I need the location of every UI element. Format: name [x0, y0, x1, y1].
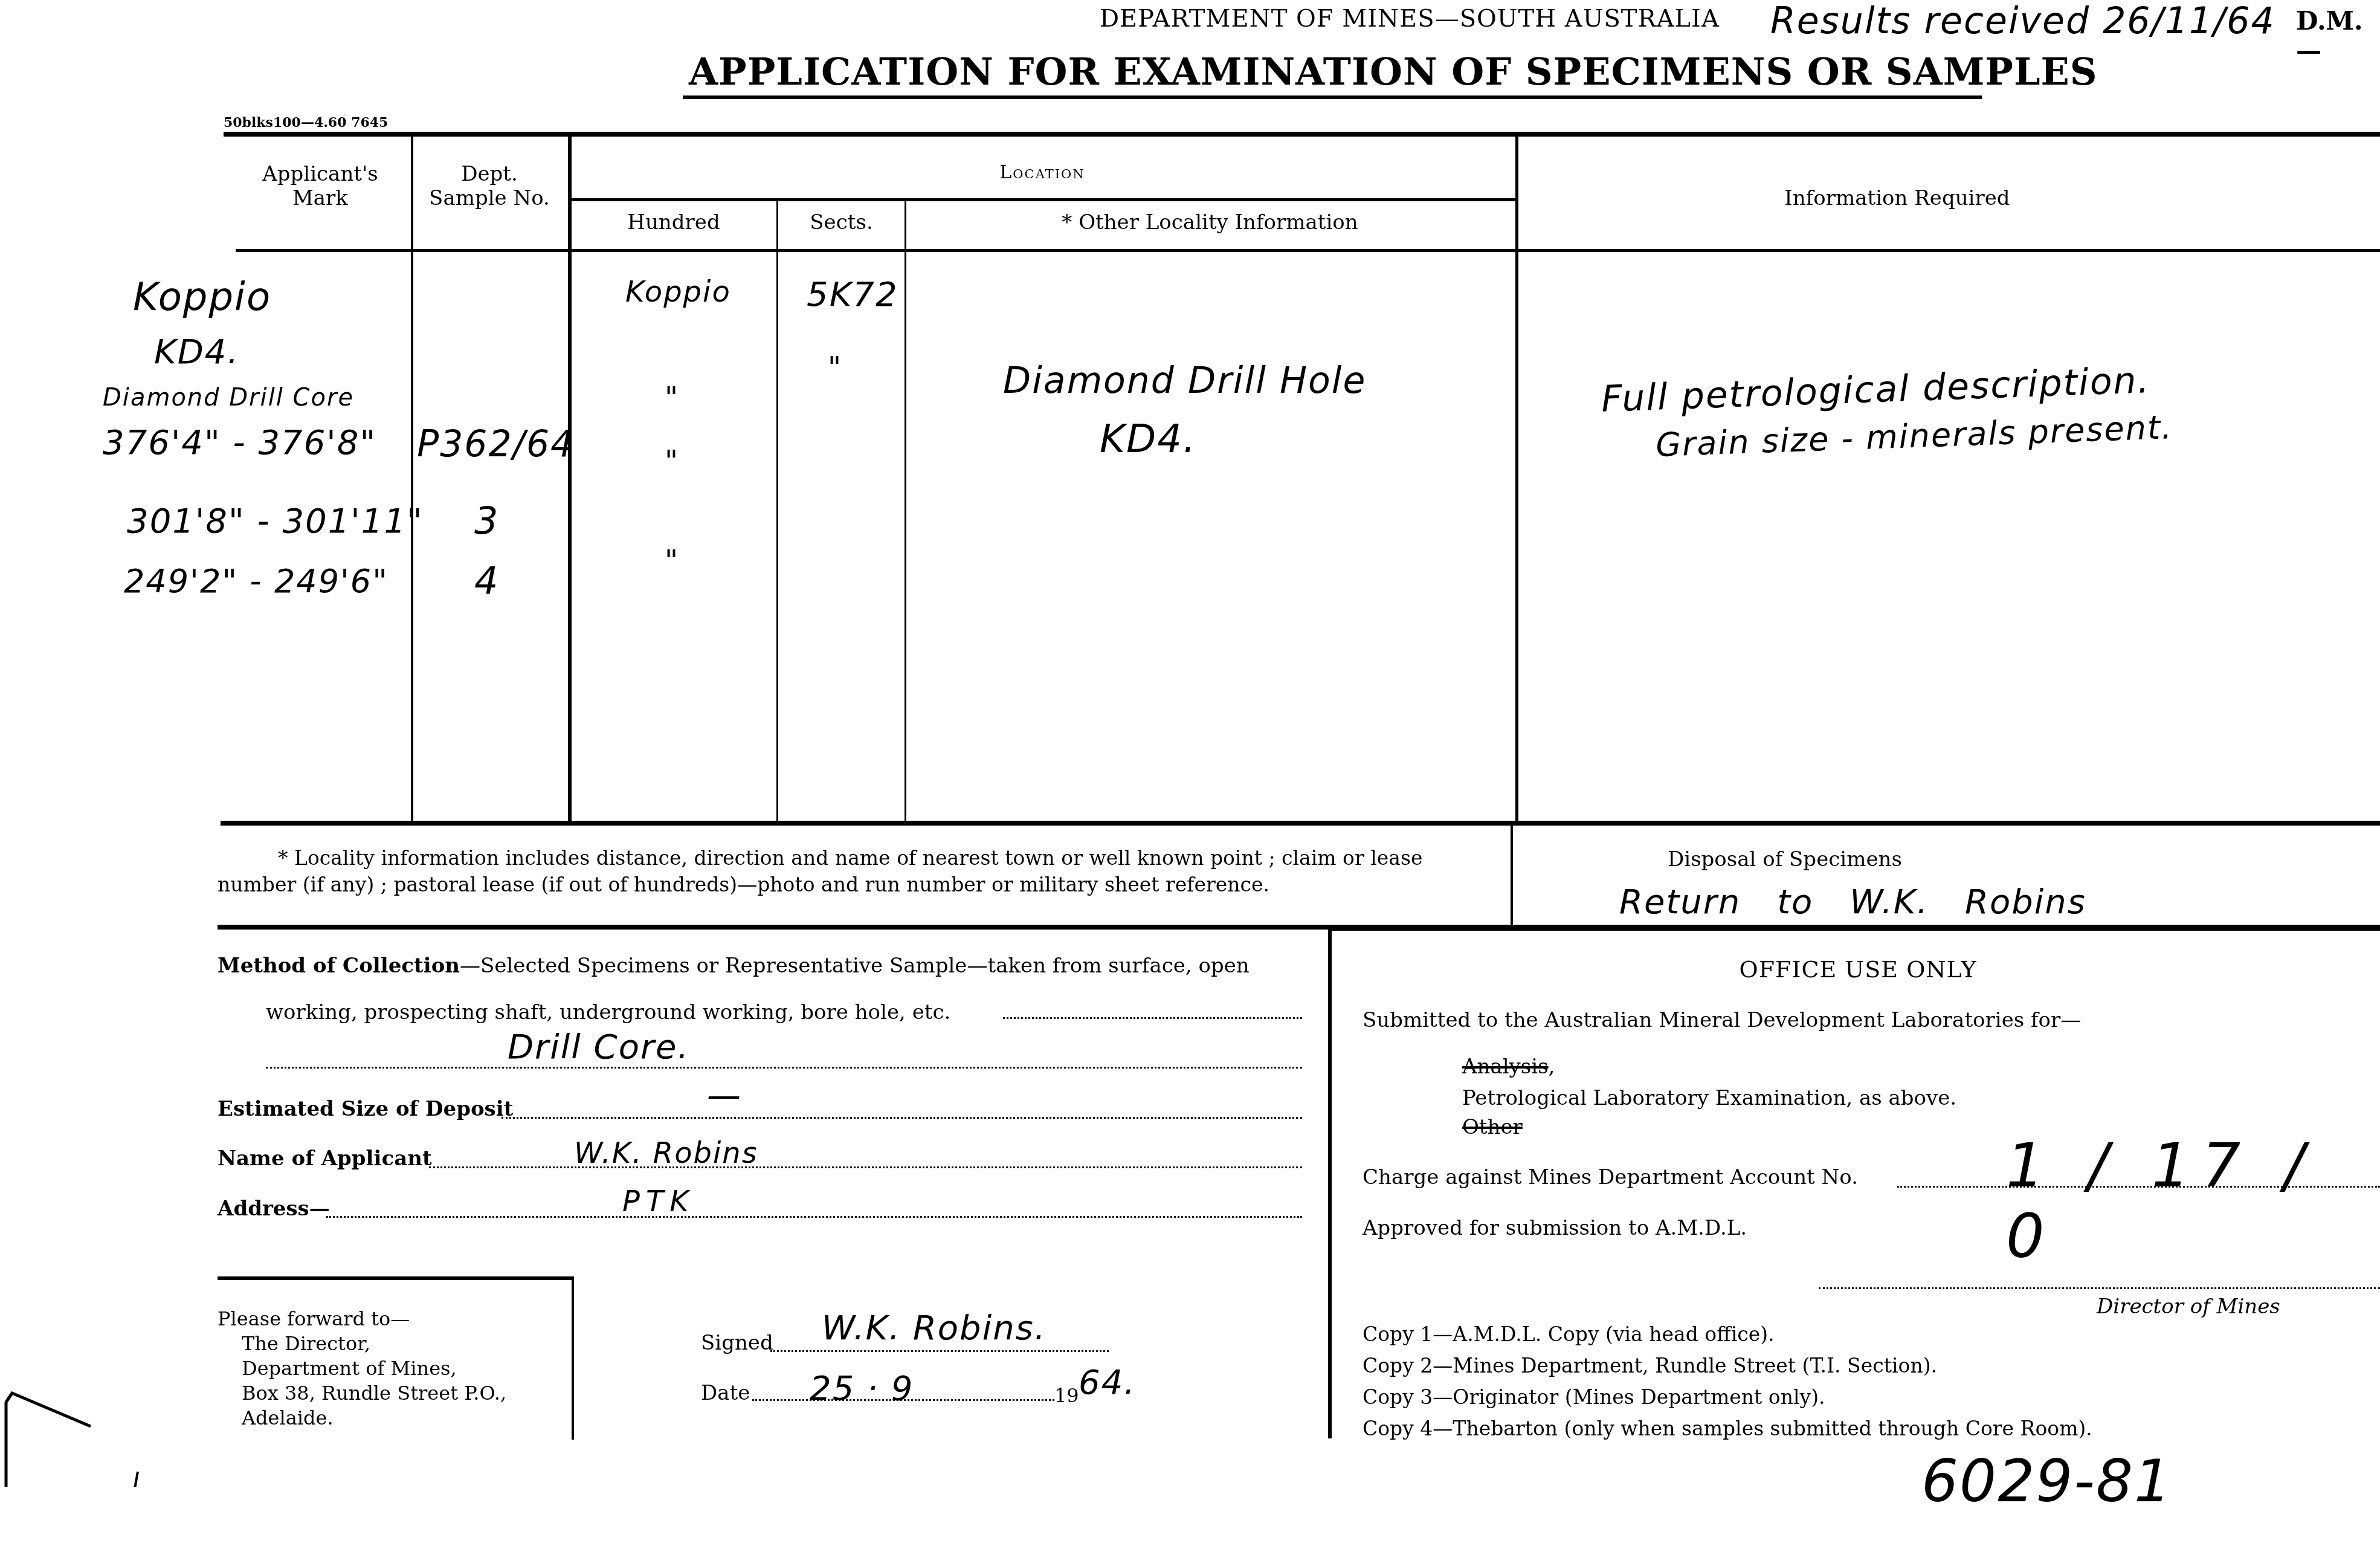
info-required-line: Grain size - minerals present. — [1655, 408, 2173, 464]
forward-line: Adelaide. — [218, 1406, 506, 1431]
col-divider-3 — [776, 199, 778, 821]
col-divider-5 — [1515, 134, 1518, 821]
year-prefix: 19 — [1054, 1384, 1079, 1407]
hundred-value: " — [665, 544, 679, 578]
address-dotted-line — [326, 1216, 1302, 1218]
forward-box-right — [572, 1276, 574, 1440]
section-divider-right — [1329, 925, 2380, 931]
method-text: —Selected Specimens or Representative Sa… — [460, 954, 1250, 978]
sects-value: 5K72 — [807, 275, 898, 314]
col-divider-1 — [411, 134, 413, 821]
option-analysis: Analysis, — [1462, 1055, 1555, 1079]
director-label: Director of Mines — [2097, 1295, 2280, 1319]
mark-line: 249'2" - 249'6" — [124, 562, 389, 600]
option-other: Other — [1462, 1115, 1523, 1139]
year-value[interactable]: 64. — [1079, 1363, 1136, 1402]
header-hundred: Hundred — [574, 210, 773, 234]
col-divider-2 — [568, 134, 572, 821]
header-sects: Sects. — [779, 210, 903, 234]
copy-line: Copy 2—Mines Department, Rundle Street (… — [1363, 1350, 2092, 1382]
charge-label: Charge against Mines Department Account … — [1363, 1165, 1858, 1189]
signature-value[interactable]: W.K. Robins. — [822, 1308, 1046, 1348]
signed-label: Signed — [701, 1331, 773, 1355]
header-information-required: Information Required — [1520, 186, 2275, 210]
name-dotted-line — [429, 1166, 1302, 1168]
reference-number: 6029-81 — [1921, 1447, 2172, 1515]
forward-line: Box 38, Rundle Street P.O., — [218, 1381, 506, 1406]
method-text-continued: working, prospecting shaft, underground … — [266, 1000, 950, 1024]
header-bottom-border — [236, 249, 2380, 252]
disposal-value: Return to W.K. Robins — [1619, 882, 2086, 922]
sample-no: 4 — [474, 559, 499, 603]
analysis-struck: Analysis — [1462, 1055, 1549, 1079]
mark-line: Diamond Drill Core — [103, 384, 354, 412]
forward-line: The Director, — [218, 1331, 506, 1356]
hundred-value: " — [665, 444, 679, 478]
sects-value: " — [828, 351, 842, 384]
print-reference: 50blks100—4.60 7645 — [224, 115, 388, 131]
sample-no: P362/64 — [417, 423, 575, 465]
date-value[interactable]: 25 · 9 — [810, 1369, 914, 1408]
forward-line: Department of Mines, — [218, 1356, 506, 1381]
mark-line: Koppio — [133, 275, 271, 320]
table-top-border — [224, 132, 2380, 137]
mark-line: 376'4" - 376'8" — [103, 423, 376, 462]
locality-footnote: * Locality information includes distance… — [218, 845, 1492, 898]
approved-text: Approved for submission to A.M.D.L. — [1363, 1216, 1747, 1240]
size-value[interactable]: — — [707, 1076, 742, 1115]
copy-line: Copy 1—A.M.D.L. Copy (via head office). — [1363, 1319, 2092, 1350]
copy-line: Copy 4—Thebarton (only when samples subm… — [1363, 1413, 2092, 1444]
header-dept-sample-no: Dept. Sample No. — [423, 162, 556, 210]
method-value[interactable]: Drill Core. — [508, 1027, 689, 1067]
name-label: Name of Applicant — [218, 1147, 432, 1171]
hundred-value: " — [665, 381, 679, 415]
method-of-collection: Method of Collection—Selected Specimens … — [218, 954, 1250, 978]
method-value-line — [266, 1067, 1302, 1069]
mark-line: KD4. — [154, 332, 239, 372]
forward-line: Please forward to— — [218, 1307, 506, 1331]
director-signature-line[interactable] — [1819, 1287, 2380, 1289]
method-label: Method of Collection — [218, 954, 460, 978]
section-divider-left — [218, 925, 1335, 930]
option-petrological: Petrological Laboratory Examination, as … — [1462, 1086, 1956, 1110]
disposal-label: Disposal of Specimens — [1668, 847, 1902, 872]
sample-no: 3 — [474, 499, 499, 543]
header-applicants-mark: Applicant's Mark — [242, 162, 399, 210]
name-value[interactable]: W.K. Robins — [574, 1136, 758, 1170]
scan-mark-icon — [0, 1348, 145, 1487]
disposal-divider — [1511, 823, 1513, 926]
form-code: D.M.— — [2296, 6, 2380, 65]
date-dotted-line — [752, 1399, 1054, 1401]
analysis-suffix: , — [1549, 1055, 1555, 1079]
location-divider — [568, 198, 1517, 201]
method-dotted-line — [1003, 1017, 1302, 1019]
locality-line: Diamond Drill Hole — [1003, 360, 1366, 402]
title-underline — [683, 95, 1982, 99]
header-location: Location — [574, 162, 1511, 183]
locality-line: KD4. — [1100, 417, 1196, 462]
office-box-left-border — [1328, 925, 1332, 1438]
mark-line: 301'8" - 301'11" — [127, 502, 424, 541]
forward-address: Please forward to— The Director, Departm… — [218, 1307, 506, 1431]
department-heading: DEPARTMENT OF MINES—SOUTH AUSTRALIA — [1100, 5, 1720, 33]
results-received-note: Results received 26/11/64 — [1770, 0, 2275, 42]
charge-account-value[interactable]: 1 / 17 / 0 — [2006, 1130, 2380, 1272]
table-bottom-border — [221, 821, 2380, 826]
date-label: Date — [701, 1381, 750, 1405]
header-other-locality: * Other Locality Information — [906, 210, 1514, 234]
address-label: Address— — [218, 1197, 330, 1221]
col-divider-4 — [905, 199, 906, 821]
signed-dotted-line — [770, 1350, 1109, 1352]
address-value[interactable]: PTK — [622, 1185, 695, 1218]
hundred-value: Koppio — [625, 275, 731, 309]
forward-box-top — [218, 1276, 574, 1280]
copy-line: Copy 3—Originator (Mines Department only… — [1363, 1382, 2092, 1413]
size-dotted-line — [501, 1117, 1302, 1119]
copy-distribution: Copy 1—A.M.D.L. Copy (via head office). … — [1363, 1319, 2092, 1444]
size-label: Estimated Size of Deposit — [218, 1097, 513, 1121]
page-title: APPLICATION FOR EXAMINATION OF SPECIMENS… — [689, 50, 2098, 94]
submitted-text: Submitted to the Australian Mineral Deve… — [1363, 1008, 2081, 1032]
office-use-title: OFFICE USE ONLY — [1335, 956, 2380, 983]
